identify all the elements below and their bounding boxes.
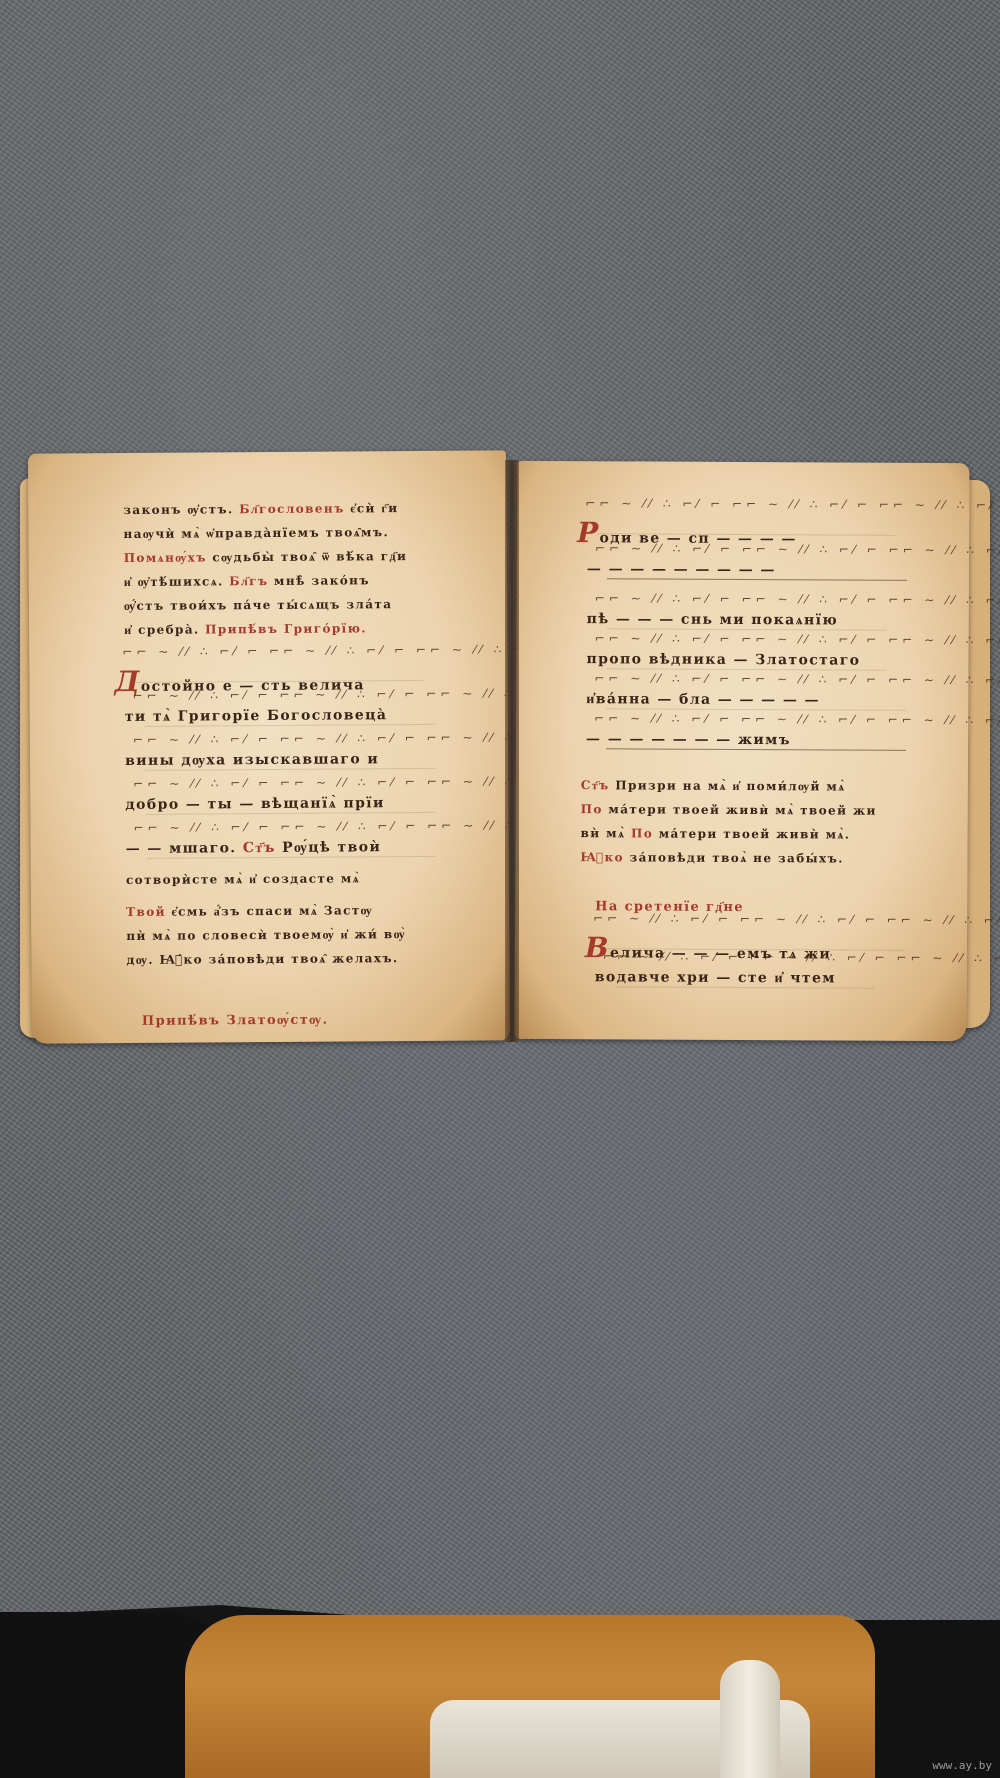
neume-notation: ⌐⌐ ~ ⁄⁄ ∴ ⌐⁄ ⌐ ⌐⌐ ~ ⁄⁄ ∴ ⌐⁄ ⌐ ⌐⌐ ~ ⁄⁄ ∴ … xyxy=(595,541,1000,557)
neume-notation: ⌐⌐ ~ ⁄⁄ ∴ ⌐⁄ ⌐ ⌐⌐ ~ ⁄⁄ ∴ ⌐⁄ ⌐ ⌐⌐ ~ ⁄⁄ ∴ … xyxy=(603,949,1000,965)
chant-text-line: пѣ — — — снь ми покаѧнїю xyxy=(587,611,839,629)
melisma-underline xyxy=(607,578,907,581)
text-line: Твой є҆смь а҆́зъ спаси мѧ̀ Застѹ xyxy=(126,903,373,920)
watermark: www.ay.by xyxy=(932,1759,992,1772)
text-line: Ꙗ҆ко за́повѣди твоѧ̀ не забы́хъ. xyxy=(580,850,843,866)
text-line: ѹ҆́стъ твои́хъ па́че ты́сѧщъ зла́та xyxy=(124,597,393,614)
white-pipe-riser xyxy=(720,1660,780,1778)
melisma-underline xyxy=(606,668,886,670)
text-line: Ст҃ъ Призри на мѧ̀ и҆ поми́лѹй мѧ̀ xyxy=(581,778,846,794)
text-line: дѹ. Ꙗ҆́ко за́повѣди твоѧ̑ желахъ. xyxy=(126,951,398,968)
neume-notation: ⌐⌐ ~ ⁄⁄ ∴ ⌐⁄ ⌐ ⌐⌐ ~ ⁄⁄ ∴ ⌐⁄ ⌐ ⌐⌐ ~ ⁄⁄ ∴ … xyxy=(585,496,1000,512)
chant-text-line: ти тѧ̀ Григорїе Богословеца̀ xyxy=(125,707,388,726)
open-manuscript: законъ ѹ҆стъ. Бл҃гословенъ є҆сѝ г҃инаѹчѝ… xyxy=(18,452,996,1052)
chant-text-line: вины дѹха изыскавшаго и xyxy=(125,751,379,770)
text-line: вѝ мѧ̀ По ма́тери твоей живѝ мѧ̀. xyxy=(581,826,851,842)
neume-notation: ⌐⌐ ~ ⁄⁄ ∴ ⌐⁄ ⌐ ⌐⌐ ~ ⁄⁄ ∴ ⌐⁄ ⌐ ⌐⌐ ~ ⁄⁄ ∴ … xyxy=(122,642,555,659)
neume-notation: ⌐⌐ ~ ⁄⁄ ∴ ⌐⁄ ⌐ ⌐⌐ ~ ⁄⁄ ∴ ⌐⁄ ⌐ ⌐⌐ ~ ⁄⁄ ∴ … xyxy=(595,631,1000,647)
chant-text-line: добро — ты — вѣщанїѧ̀ прїи xyxy=(125,795,384,814)
neume-notation: ⌐⌐ ~ ⁄⁄ ∴ ⌐⁄ ⌐ ⌐⌐ ~ ⁄⁄ ∴ ⌐⁄ ⌐ ⌐⌐ ~ ⁄⁄ ∴ … xyxy=(133,686,566,703)
chant-text-line: — — мшаго. Ст҃ъ Рѹ́цѣ твоѝ xyxy=(126,839,382,858)
neume-notation: ⌐⌐ ~ ⁄⁄ ∴ ⌐⁄ ⌐ ⌐⌐ ~ ⁄⁄ ∴ ⌐⁄ ⌐ ⌐⌐ ~ ⁄⁄ ∴ … xyxy=(595,591,1000,607)
neume-notation: ⌐⌐ ~ ⁄⁄ ∴ ⌐⁄ ⌐ ⌐⌐ ~ ⁄⁄ ∴ ⌐⁄ ⌐ ⌐⌐ ~ ⁄⁄ ∴ … xyxy=(593,911,1000,927)
left-page: законъ ѹ҆стъ. Бл҃гословенъ є҆сѝ г҃инаѹчѝ… xyxy=(28,450,510,1043)
chant-text-line: и҆ва́нна — бла — — — — — xyxy=(586,691,820,709)
text-line: и҆ сребра̀. Припѣ́въ Григо́рїю. xyxy=(124,621,367,638)
melisma-underline xyxy=(606,748,906,751)
text-line: законъ ѹ҆стъ. Бл҃гословенъ є҆сѝ г҃и xyxy=(123,501,398,518)
text-line: наѹчѝ мѧ̀ ѡ҆правда̀нїемъ твоѧ̑мъ. xyxy=(123,525,389,542)
neume-notation: ⌐⌐ ~ ⁄⁄ ∴ ⌐⁄ ⌐ ⌐⌐ ~ ⁄⁄ ∴ ⌐⁄ ⌐ ⌐⌐ ~ ⁄⁄ ∴ … xyxy=(134,818,567,835)
neume-notation: ⌐⌐ ~ ⁄⁄ ∴ ⌐⁄ ⌐ ⌐⌐ ~ ⁄⁄ ∴ ⌐⁄ ⌐ ⌐⌐ ~ ⁄⁄ ∴ … xyxy=(133,774,566,791)
chant-text-line: — — — — — — — жимъ xyxy=(586,731,791,748)
text-line: и҆ ѹ҆тѣ́шихсѧ. Бл҃гъ мнѣ̀ зако́нъ xyxy=(124,573,370,590)
chant-text-line: — — — — — — — — — xyxy=(587,561,776,578)
chant-text-line: водавче хри — сте и҆ чтем xyxy=(595,969,836,987)
neume-notation: ⌐⌐ ~ ⁄⁄ ∴ ⌐⁄ ⌐ ⌐⌐ ~ ⁄⁄ ∴ ⌐⁄ ⌐ ⌐⌐ ~ ⁄⁄ ∴ … xyxy=(133,730,566,747)
text-line: пѝ мѧ̀ по словесѝ твоемѹ̀ и҆ жи́ вѹ̀ xyxy=(126,927,406,944)
right-page: ⌐⌐ ~ ⁄⁄ ∴ ⌐⁄ ⌐ ⌐⌐ ~ ⁄⁄ ∴ ⌐⁄ ⌐ ⌐⌐ ~ ⁄⁄ ∴ … xyxy=(514,461,969,1041)
chant-text-line: пропо вѣдника — Златостаго xyxy=(586,651,860,668)
neume-notation: ⌐⌐ ~ ⁄⁄ ∴ ⌐⁄ ⌐ ⌐⌐ ~ ⁄⁄ ∴ ⌐⁄ ⌐ ⌐⌐ ~ ⁄⁄ ∴ … xyxy=(594,671,1000,687)
text-line: Помѧнѹ́хъ сѹдьбы̀ твоѧ̑ ѿ вѣ́ка гд҃и xyxy=(124,549,408,566)
text-line: сотворѝсте мѧ̀ и҆ создасте мѧ̀ xyxy=(126,871,360,888)
rubric-heading: Припѣ́въ Златоѹ́стѹ. xyxy=(142,1012,329,1029)
text-line: По ма́тери твоей живѝ мѧ̀ твоей жи xyxy=(581,802,877,819)
book-gutter xyxy=(505,460,519,1042)
neume-notation: ⌐⌐ ~ ⁄⁄ ∴ ⌐⁄ ⌐ ⌐⌐ ~ ⁄⁄ ∴ ⌐⁄ ⌐ ⌐⌐ ~ ⁄⁄ ∴ … xyxy=(594,711,1000,727)
